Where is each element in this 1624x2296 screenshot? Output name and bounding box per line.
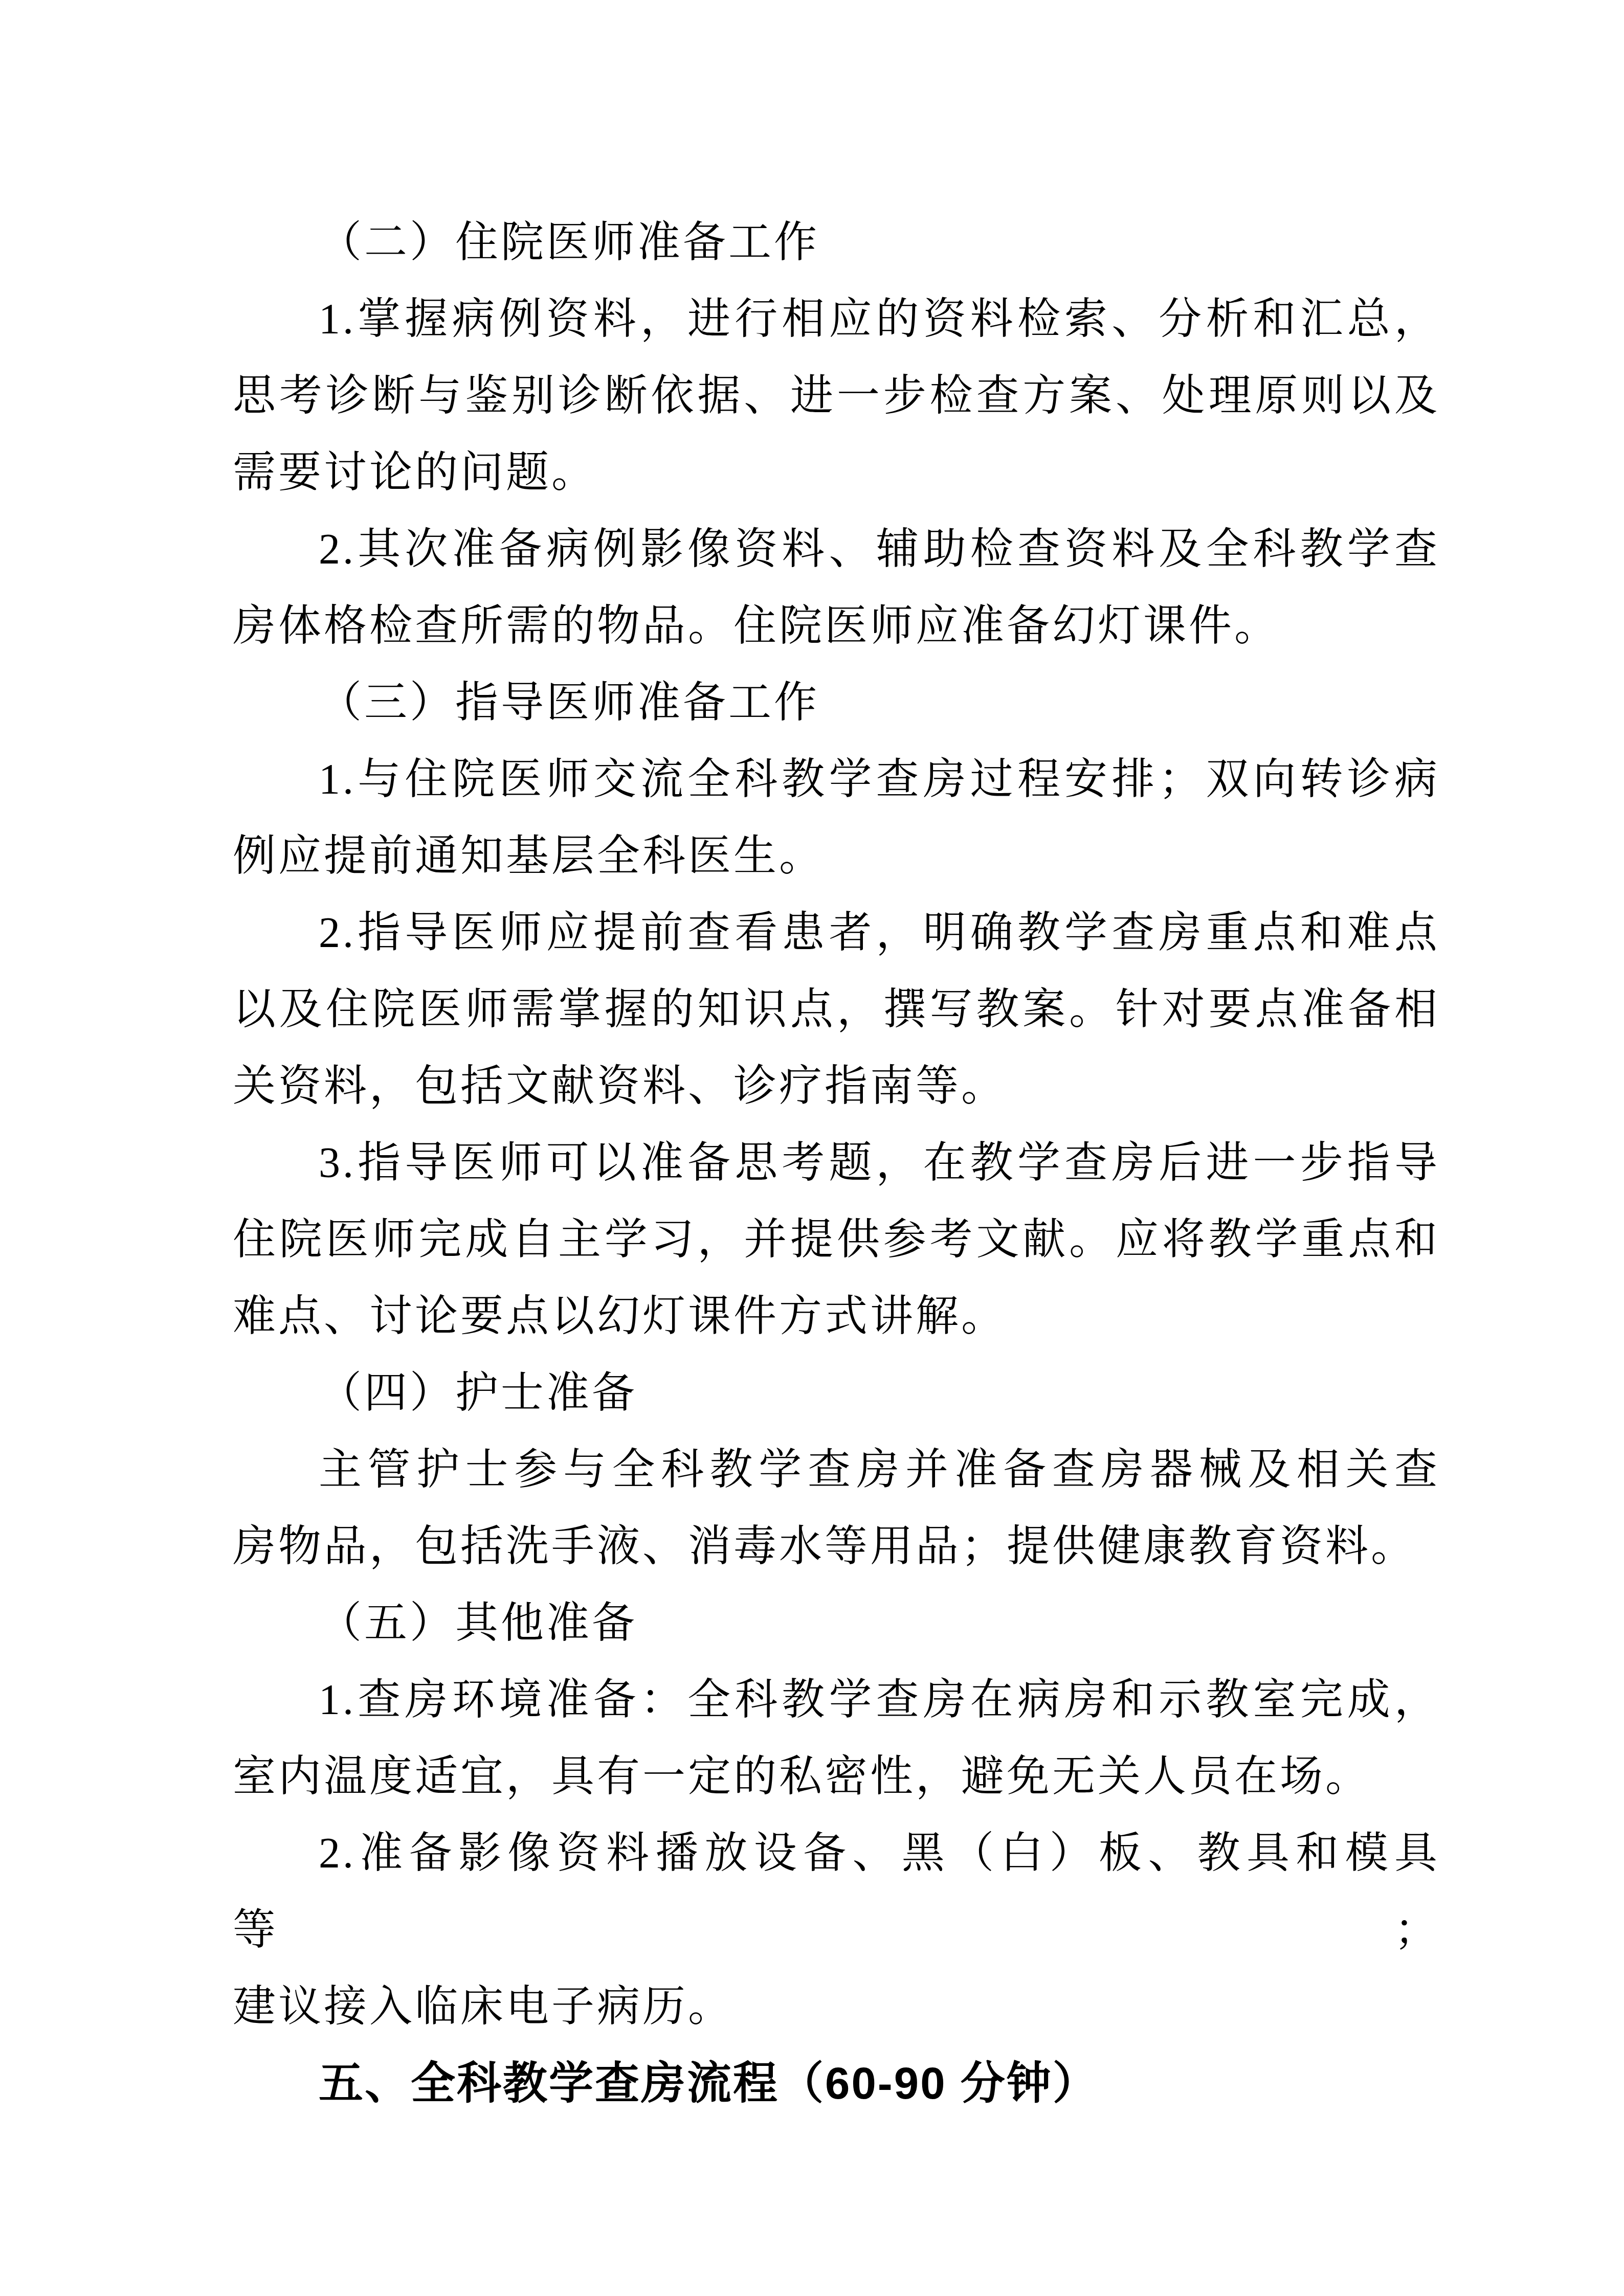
paragraph-line: 1.查房环境准备：全科教学查房在病房和示教室完成， — [233, 1662, 1440, 1739]
subsection-heading: （五）其他准备 — [233, 1585, 1440, 1662]
subsection-heading: （二）住院医师准备工作 — [233, 205, 1440, 281]
paragraph-line: 1.掌握病例资料，进行相应的资料检索、分析和汇总， — [233, 281, 1440, 358]
paragraph-line: 3.指导医师可以准备思考题，在教学查房后进一步指导 — [233, 1125, 1440, 1202]
paragraph-line: 1.与住院医师交流全科教学查房过程安排；双向转诊病 — [233, 741, 1440, 818]
subsection-heading: （四）护士准备 — [233, 1355, 1440, 1432]
paragraph-line: 思考诊断与鉴别诊断依据、进一步检查方案、处理原则以及 — [233, 358, 1440, 435]
paragraph-line: 以及住院医师需掌握的知识点，撰写教案。针对要点准备相 — [233, 972, 1440, 1048]
paragraph-line: 需要讨论的问题。 — [233, 435, 1440, 511]
paragraph-line: 建议接入临床电子病历。 — [233, 1969, 1440, 2045]
paragraph-line: 关资料，包括文献资料、诊疗指南等。 — [233, 1048, 1440, 1125]
document-page: （二）住院医师准备工作 1.掌握病例资料，进行相应的资料检索、分析和汇总， 思考… — [0, 0, 1624, 2296]
paragraph-line: 2.指导医师应提前查看患者，明确教学查房重点和难点 — [233, 895, 1440, 972]
paragraph-line: 2.其次准备病例影像资料、辅助检查资料及全科教学查 — [233, 511, 1440, 588]
paragraph-line: 住院医师完成自主学习，并提供参考文献。应将教学重点和 — [233, 1202, 1440, 1278]
subsection-heading: （三）指导医师准备工作 — [233, 665, 1440, 741]
paragraph-line: 例应提前通知基层全科医生。 — [233, 818, 1440, 895]
paragraph-line: 2.准备影像资料播放设备、黑（白）板、教具和模具等； — [233, 1815, 1440, 1969]
paragraph-line: 房物品，包括洗手液、消毒水等用品；提供健康教育资料。 — [233, 1509, 1440, 1585]
chapter-heading: 五、全科教学查房流程（60-90 分钟） — [233, 2045, 1440, 2122]
paragraph-line: 房体格检查所需的物品。住院医师应准备幻灯课件。 — [233, 588, 1440, 665]
paragraph-line: 主管护士参与全科教学查房并准备查房器械及相关查 — [233, 1432, 1440, 1509]
paragraph-line: 难点、讨论要点以幻灯课件方式讲解。 — [233, 1278, 1440, 1355]
paragraph-line: 室内温度适宜，具有一定的私密性，避免无关人员在场。 — [233, 1739, 1440, 1815]
